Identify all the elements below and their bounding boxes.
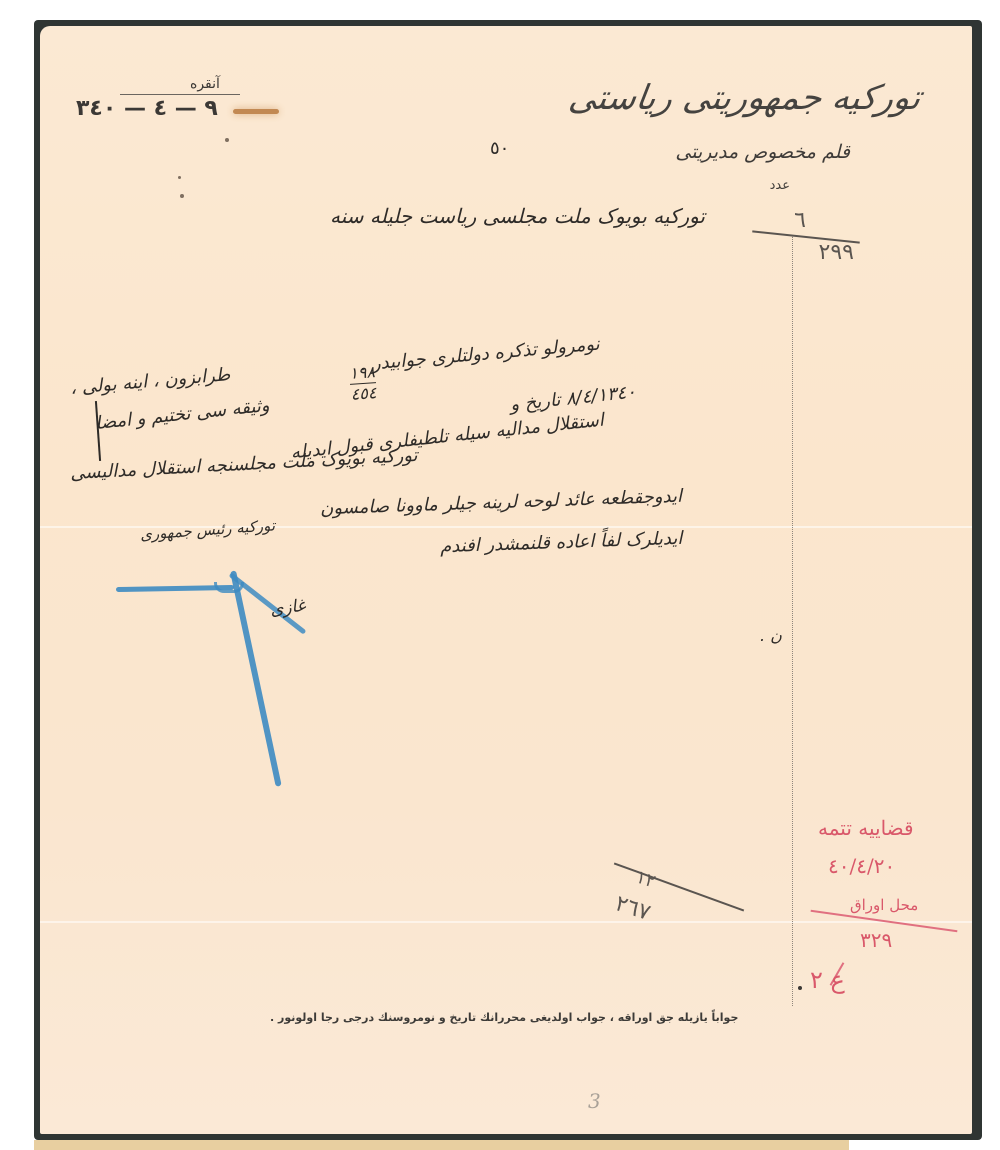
paper-spot xyxy=(180,194,184,198)
page-number: 3 xyxy=(588,1089,601,1113)
scan-underlay-strip xyxy=(34,1140,849,1150)
reference-mark: ٥٠ xyxy=(490,138,509,159)
date-underline xyxy=(120,94,240,95)
reference-number-bottom: ٢٩٩ xyxy=(819,240,854,265)
red-annotation-note: محل اوراق xyxy=(850,896,918,914)
margin-dotted-line xyxy=(792,236,793,1006)
footer-printed-note: جواباً یازیله جق اوراقه ، جواب اولدیغی م… xyxy=(270,1011,738,1024)
place-label: آنقره xyxy=(190,76,220,92)
body-line-2-end: طرابزون ، اینه بولی ، xyxy=(69,364,231,399)
red-annotation-label: قضاییه تتمه xyxy=(818,816,914,840)
paper-spot xyxy=(178,176,181,179)
document-date: ٩ — ٤ — ٣٤٠ xyxy=(76,96,218,121)
paper-fold-line xyxy=(40,921,972,923)
fraction-bottom: ٤٥٤ xyxy=(350,383,377,404)
body-line-6: ایدیلرک لفاً اعاده قلنمشدر افندم xyxy=(440,528,683,557)
fraction-top: ١٩٨ xyxy=(349,362,376,383)
body-line-4: تورکیه بویوک ملت مجلسنجه استقلال مدالیسی xyxy=(70,445,418,484)
reference-number-top: ٦ xyxy=(794,208,806,233)
body-line-1: نومرولو تذکره دولتلری جوابیدر . xyxy=(360,334,601,376)
letterhead-title: تورکیه جمهوریتی ریاستی xyxy=(566,78,923,118)
body-line-2: ٨/٤/١٣٤٠ تاریخ و xyxy=(509,381,637,415)
red-annotation-number: ٣٢٩ xyxy=(860,928,892,952)
body-line-5: ایدوجقطعه عائد لوحه لرینه جیلر ماوونا صا… xyxy=(320,486,683,520)
number-label: عدد xyxy=(770,178,790,193)
document-page: تورکیه جمهوریتی ریاستی قلم مخصوص مدیریتی… xyxy=(40,26,972,1134)
body-line-7: ن . xyxy=(760,626,782,645)
margin-dot xyxy=(798,986,802,990)
red-annotation-mark: ع ٢ xyxy=(810,966,845,994)
letterhead-department: قلم مخصوص مدیریتی xyxy=(675,141,850,163)
red-annotation-date: ٤٠/٤/٢٠ xyxy=(828,854,895,878)
addressee-line: تورکیه بویوک ملت مجلسی ریاست جلیله سنه xyxy=(330,204,705,228)
signature-title: تورکیه رئیس جمهوری xyxy=(140,516,276,543)
body-fraction: ١٩٨ ٤٥٤ xyxy=(349,363,377,404)
body-line-3-end: وثیقه سی تختیم و امضا xyxy=(94,395,270,434)
rust-stain xyxy=(233,109,279,114)
signature-name: غازی xyxy=(269,596,307,621)
paper-spot xyxy=(225,138,229,142)
